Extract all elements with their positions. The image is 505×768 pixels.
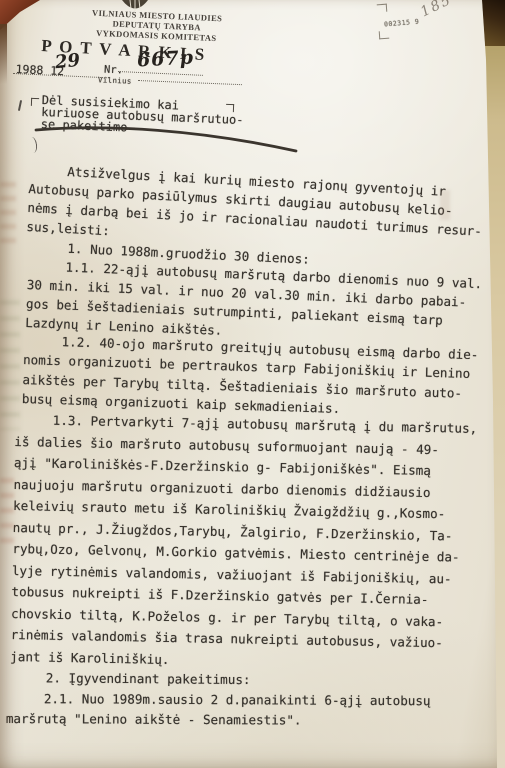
stamp-bracket-icon <box>377 4 388 13</box>
dotted-line <box>118 71 203 76</box>
paper-sheet: 002315 9 185 VILNIAUS MIESTO LIAUDIES DE… <box>0 0 505 768</box>
handwritten-page-mark: 185 <box>418 0 454 20</box>
document-photo: 002315 9 185 VILNIAUS MIESTO LIAUDIES DE… <box>0 0 505 768</box>
nr-label: Nr. <box>104 64 123 77</box>
stamp-bracket-icon <box>379 31 390 40</box>
body-paragraph: 1.3. Pertvarkyti 7-ąjį autobusų maršrutą… <box>10 409 477 676</box>
body-paragraph: 1.2. 40-ojo maršruto greitųjų autobusų e… <box>22 331 479 422</box>
dotted-line <box>138 80 242 85</box>
corner-bracket-open-icon <box>31 98 39 106</box>
stamp-number: 002315 9 <box>384 17 420 28</box>
city-label: Vilnius <box>98 75 132 85</box>
left-edge-shadow <box>0 24 7 84</box>
body-paragraph: 2. Įgyvendinant pakeitimus: <box>8 668 251 690</box>
ink-bleed-smudge <box>0 182 16 252</box>
pen-underline <box>30 120 310 158</box>
handwritten-decree-number: 667p <box>136 47 194 72</box>
pen-tick-mark <box>18 100 22 111</box>
handwritten-day: 29 <box>54 50 81 74</box>
body-paragraph: 2.1. Nuo 1989m.sausio 2 d.panaikinti 6-ą… <box>6 689 431 731</box>
